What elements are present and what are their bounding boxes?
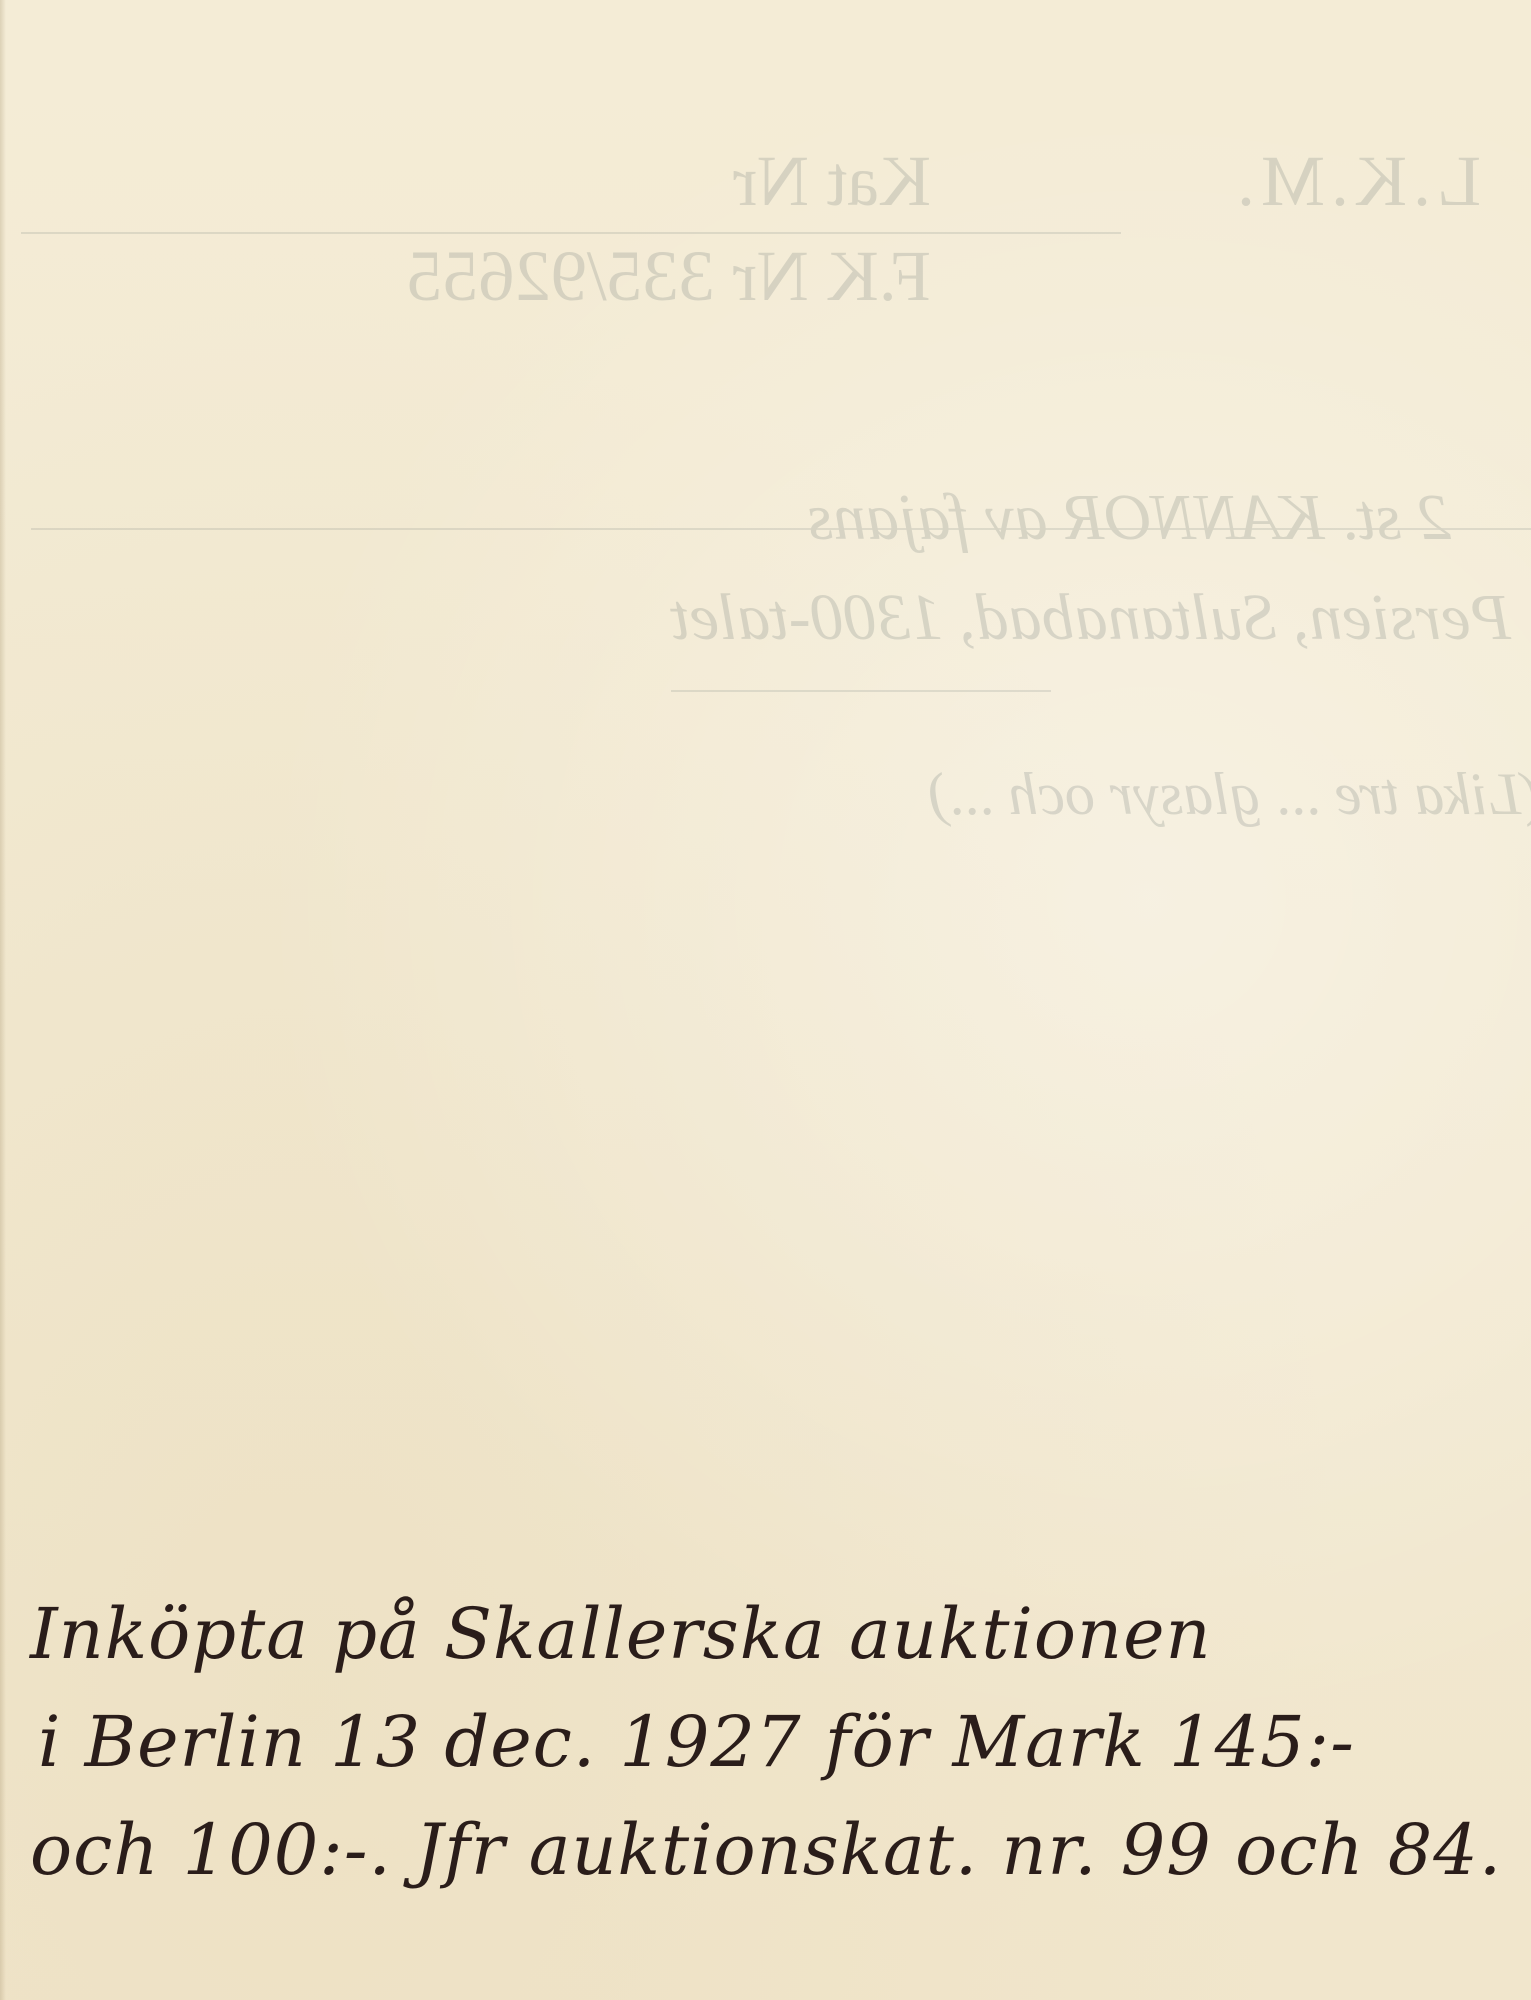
annotation-line-3: och 100:-. Jfr auktionskat. nr. 99 och 8… (30, 1796, 1510, 1904)
handwritten-annotation: Inköpta på Skallerska auktionen i Berlin… (30, 1580, 1510, 1904)
bleed-object-title: 2 st. KANNOR av fajans (807, 480, 1451, 556)
annotation-line-2: i Berlin 13 dec. 1927 för Mark 145:- (30, 1688, 1510, 1796)
bleed-rule-title (31, 528, 1531, 530)
document-page: L.K.M. Kat Nr F.K Nr 335/92655 2 st. KAN… (0, 0, 1531, 2000)
annotation-line-1: Inköpta på Skallerska auktionen (30, 1580, 1510, 1688)
reverse-side-show-through: L.K.M. Kat Nr F.K Nr 335/92655 2 st. KAN… (0, 0, 1531, 1000)
bleed-header-kat: Kat Nr (733, 140, 931, 223)
bleed-header-lkm: L.K.M. (1231, 140, 1481, 223)
bleed-object-description: Persien, Sultanabad, 1300-talet (671, 580, 1511, 656)
bleed-rule-header (21, 232, 1121, 234)
bleed-header-fk: F.K Nr 335/92655 (407, 235, 931, 318)
bleed-rule-underline (671, 690, 1051, 692)
bleed-object-note: (Lika tre ... glasyr och ...) (928, 760, 1531, 829)
